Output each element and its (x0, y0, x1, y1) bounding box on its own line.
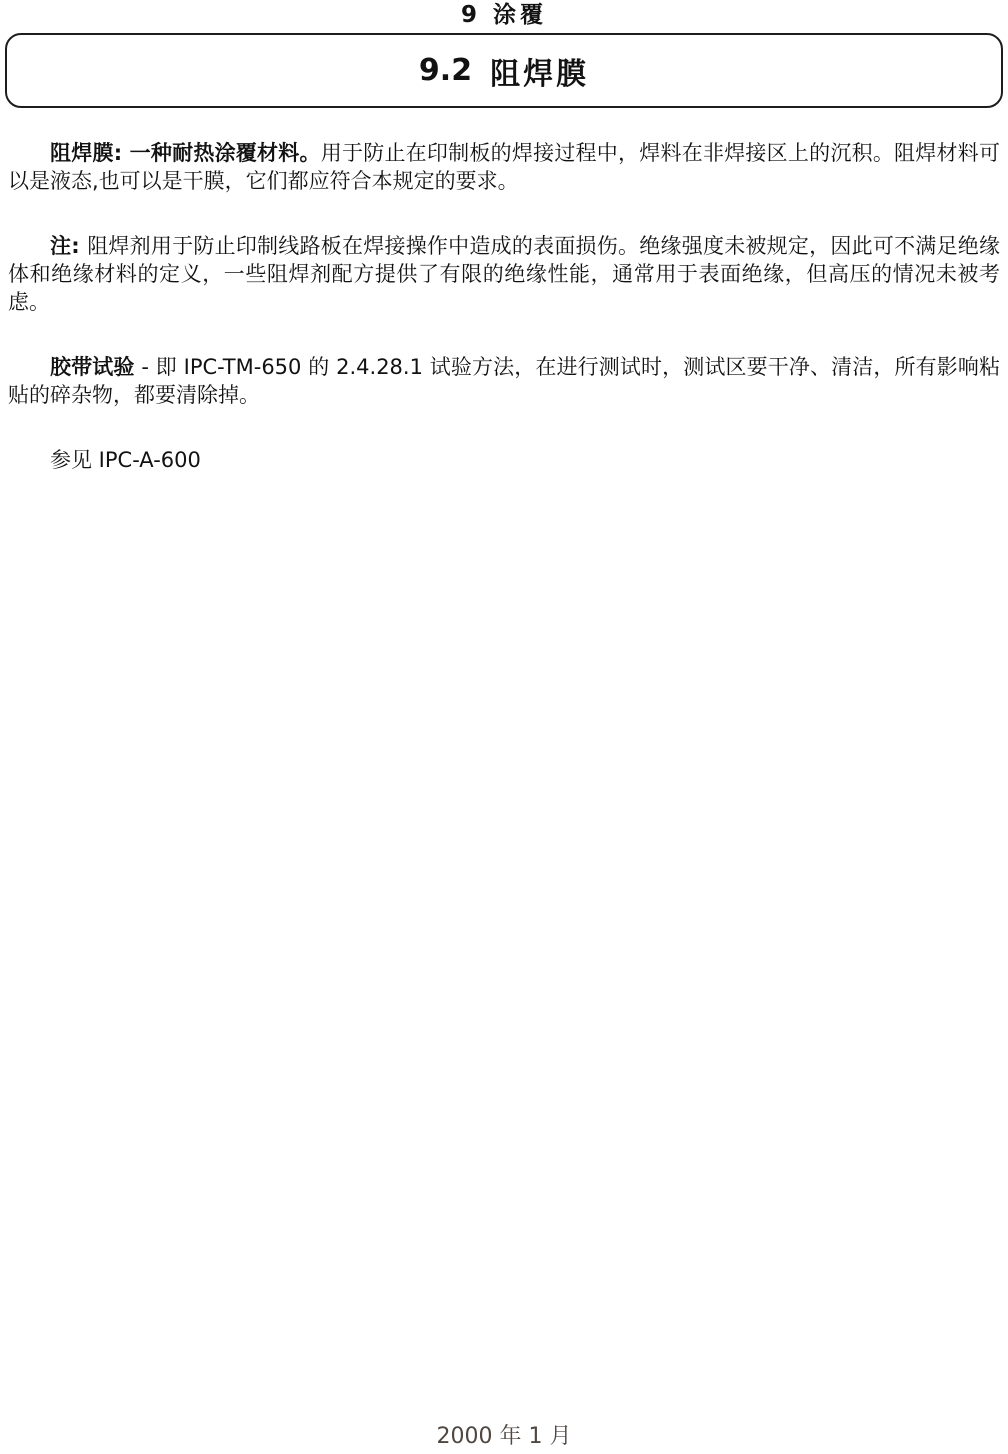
page-header: 9 涂覆 (0, 0, 1008, 29)
paragraph-note: 注: 阻焊剂用于防止印制线路板在焊接操作中造成的表面损伤。绝缘强度未被规定，因此… (8, 232, 1000, 316)
paragraph-body: 阻焊剂用于防止印制线路板在焊接操作中造成的表面损伤。绝缘强度未被规定，因此可不满… (8, 234, 1000, 314)
paragraph-reference: 参见 IPC-A-600 (8, 446, 1000, 474)
paragraph-lead: 注: (50, 234, 87, 258)
document-page: 9 涂覆 9.2 阻焊膜 阻焊膜: 一种耐热涂覆材料。用于防止在印制板的焊接过程… (0, 0, 1008, 1454)
paragraph-definition: 阻焊膜: 一种耐热涂覆材料。用于防止在印制板的焊接过程中，焊料在非焊接区上的沉积… (8, 139, 1000, 195)
page-footer: 2000 年 1 月 (0, 1419, 1008, 1450)
paragraph-body: - 即 IPC-TM-650 的 2.4.28.1 试验方法，在进行测试时，测试… (8, 355, 1000, 407)
paragraph-lead: 阻焊膜: 一种耐热涂覆材料。 (50, 141, 321, 165)
section-title-box: 9.2 阻焊膜 (5, 33, 1003, 108)
paragraph-body: 参见 IPC-A-600 (50, 448, 201, 472)
section-title: 阻焊膜 (490, 49, 589, 93)
body-content: 阻焊膜: 一种耐热涂覆材料。用于防止在印制板的焊接过程中，焊料在非焊接区上的沉积… (8, 139, 1000, 474)
section-number: 9.2 (419, 53, 472, 88)
paragraph-tape-test: 胶带试验 - 即 IPC-TM-650 的 2.4.28.1 试验方法，在进行测… (8, 353, 1000, 409)
paragraph-lead: 胶带试验 (50, 355, 135, 379)
